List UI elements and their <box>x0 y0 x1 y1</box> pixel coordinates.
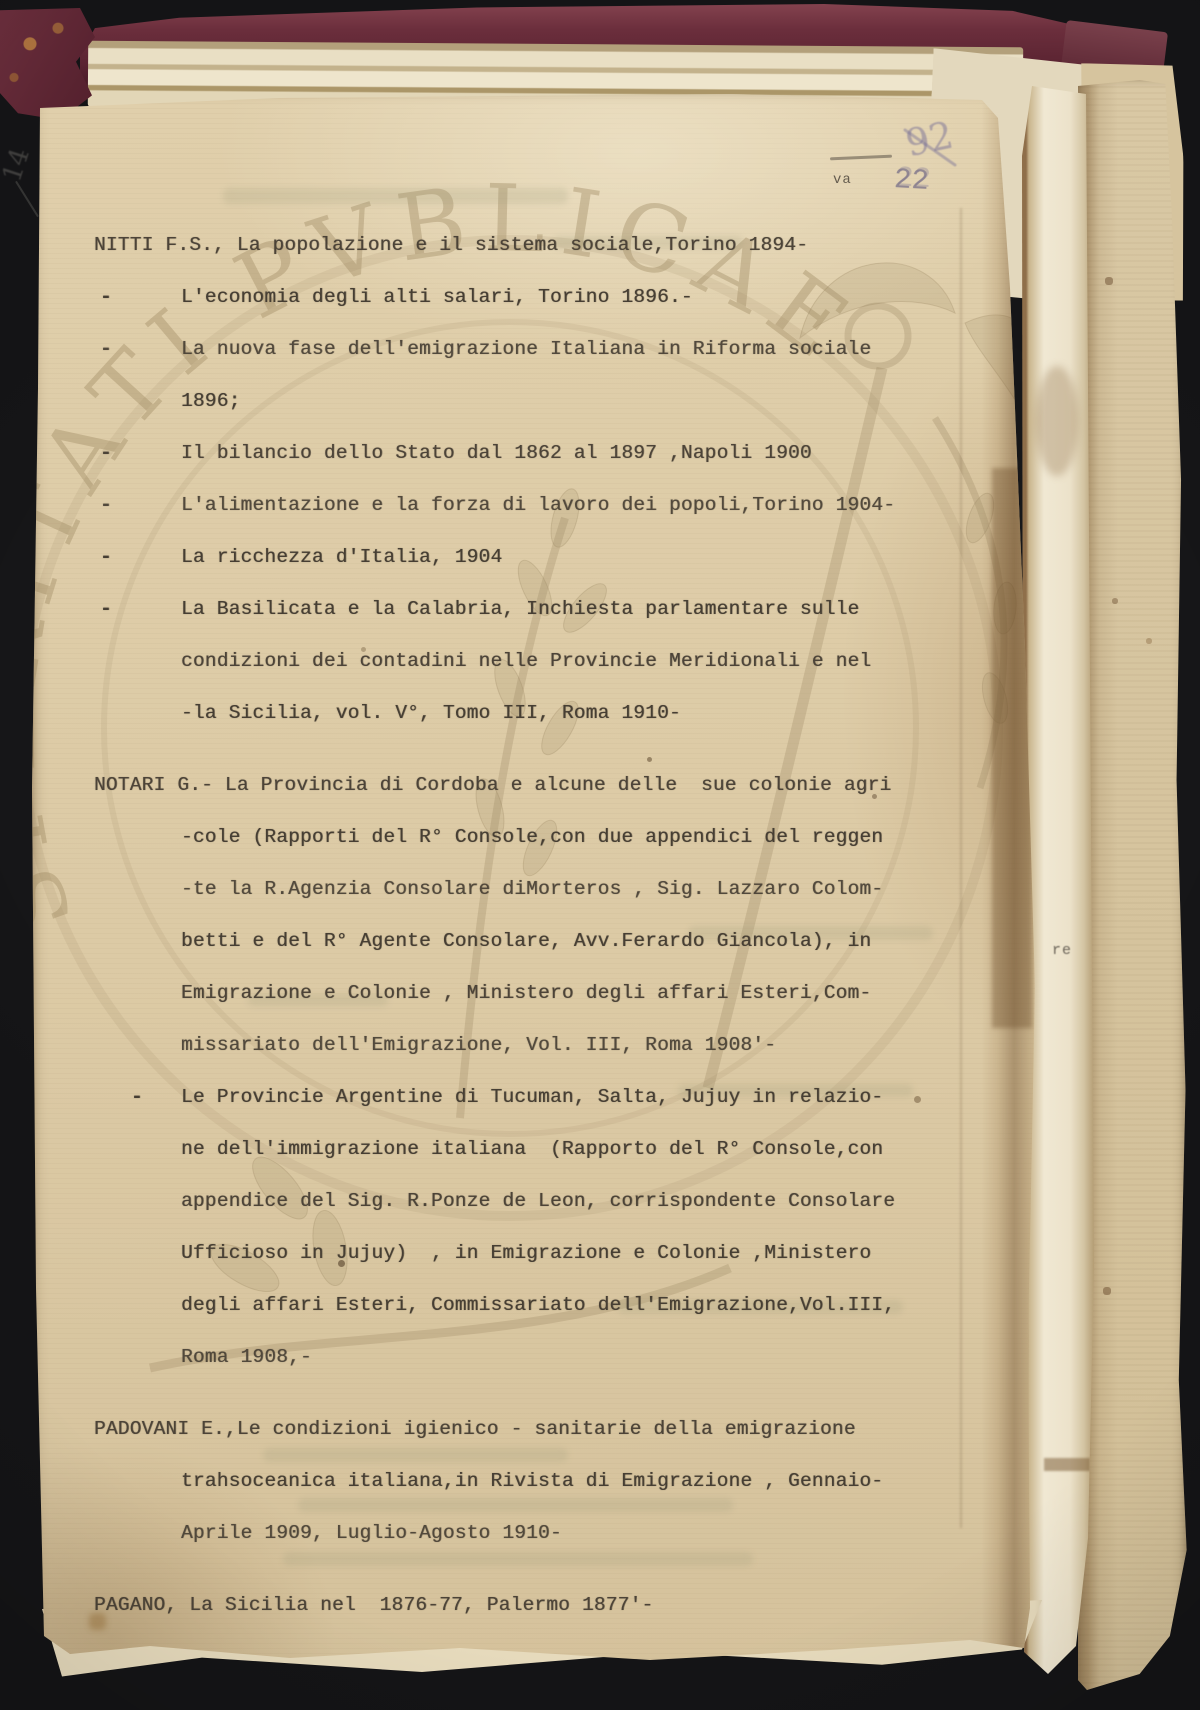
text-line: missariato dell'Emigrazione, Vol. III, R… <box>30 1034 1044 1086</box>
bleedthrough-text <box>223 188 568 204</box>
bibliography-entry: NITTI F.S., La popolazione e il sistema … <box>30 234 1044 754</box>
entry-line-text: L'economia degli alti salari, Torino 189… <box>181 286 693 308</box>
text-line: NOTARI G.- La Provincia di Cordoba e alc… <box>30 774 1044 826</box>
text-line: Aprile 1909, Luglio-Agosto 1910- <box>30 1522 1044 1574</box>
text-line: appendice del Sig. R.Ponze de Leon, corr… <box>30 1190 1044 1242</box>
entry-line-text: missariato dell'Emigrazione, Vol. III, R… <box>181 1034 776 1056</box>
entry-line-text: -cole (Rapporti del R° Console,con due a… <box>181 826 883 848</box>
text-line: degli affari Esteri, Commissariato dell'… <box>30 1294 1044 1346</box>
entry-line-text: Roma 1908,- <box>181 1346 312 1368</box>
side-page-white-edge: re <box>1022 86 1094 1678</box>
text-line: trahsoceanica italiana,in Rivista di Emi… <box>30 1470 1044 1522</box>
text-line: -La ricchezza d'Italia, 1904 <box>30 546 1044 598</box>
entry-line-text: Aprile 1909, Luglio-Agosto 1910- <box>181 1522 562 1544</box>
text-line: ne dell'immigrazione italiana (Rapporto … <box>30 1138 1044 1190</box>
entry-line-text: La Basilicata e la Calabria, Inchiesta p… <box>181 598 859 620</box>
entry-line-text: NOTARI G.- La Provincia di Cordoba e alc… <box>94 774 891 796</box>
text-line: PAGANO, La Sicilia nel 1876-77, Palermo … <box>30 1594 1044 1646</box>
entry-line-text: Ufficioso in Jujuy) , in Emigrazione e C… <box>181 1242 871 1264</box>
text-line: -La Basilicata e la Calabria, Inchiesta … <box>30 598 1044 650</box>
text-line: NITTI F.S., La popolazione e il sistema … <box>30 234 1044 286</box>
archival-photo-scene: re SPERITATI PVBLICAE <box>0 0 1200 1710</box>
text-line: -L'alimentazione e la forza di lavoro de… <box>30 494 1044 546</box>
text-line: -Il bilancio dello Stato dal 1862 al 189… <box>30 442 1044 494</box>
bibliography: NITTI F.S., La popolazione e il sistema … <box>30 234 1044 1646</box>
text-line: Ufficioso in Jujuy) , in Emigrazione e C… <box>30 1242 1044 1294</box>
entry-line-text: PAGANO, La Sicilia nel 1876-77, Palermo … <box>94 1594 653 1616</box>
entry-line-text: La ricchezza d'Italia, 1904 <box>181 546 502 568</box>
entry-line-text: La nuova fase dell'emigrazione Italiana … <box>181 338 871 360</box>
bibliography-entry: NOTARI G.- La Provincia di Cordoba e alc… <box>30 774 1044 1398</box>
entry-line-text: Emigrazione e Colonie , Ministero degli … <box>181 982 871 1004</box>
entry-line-text: -la Sicilia, vol. V°, Tomo III, Roma 191… <box>181 702 681 724</box>
entry-line-text: condizioni dei contadini nelle Provincie… <box>181 650 871 672</box>
entry-line-text: Le Provincie Argentine di Tucuman, Salta… <box>181 1086 883 1108</box>
entry-dash-marker: - <box>100 598 112 620</box>
header-rule-line <box>830 155 892 161</box>
entry-line-text: Il bilancio dello Stato dal 1862 al 1897… <box>181 442 812 464</box>
paper-fold-mark <box>1044 1458 1090 1471</box>
text-line: condizioni dei contadini nelle Provincie… <box>30 650 1044 702</box>
text-line: Emigrazione e Colonie , Ministero degli … <box>30 982 1044 1034</box>
entry-line-text: betti e del R° Agente Consolare, Avv.Fer… <box>181 930 871 952</box>
margin-pencil-mark: 14 <box>0 145 36 186</box>
pencil-page-number: 92 <box>902 114 957 166</box>
entry-line-text: PADOVANI E.,Le condizioni igienico - san… <box>94 1418 856 1440</box>
text-line: -te la R.Agenzia Consolare diMorteros , … <box>30 878 1044 930</box>
paper-stain <box>1036 366 1078 476</box>
entry-line-text: ne dell'immigrazione italiana (Rapporto … <box>181 1138 883 1160</box>
margin-pencil-tail <box>15 181 39 218</box>
side-page-edge <box>1078 80 1190 1698</box>
entry-dash-marker: - <box>100 338 112 360</box>
text-line: PADOVANI E.,Le condizioni igienico - san… <box>30 1418 1044 1470</box>
bibliography-entry: PADOVANI E.,Le condizioni igienico - san… <box>30 1418 1044 1574</box>
text-line: -Le Provincie Argentine di Tucuman, Salt… <box>30 1086 1044 1138</box>
entry-dash-marker: - <box>131 1086 143 1108</box>
entry-line-text: appendice del Sig. R.Ponze de Leon, corr… <box>181 1190 895 1212</box>
text-line: 1896; <box>30 390 1044 442</box>
text-line: betti e del R° Agente Consolare, Avv.Fer… <box>30 930 1044 982</box>
entry-line-text: L'alimentazione e la forza di lavoro dei… <box>181 494 895 516</box>
side-page-text-fragment: re <box>1052 942 1072 959</box>
entry-dash-marker: - <box>100 286 112 308</box>
text-line: -L'economia degli alti salari, Torino 18… <box>30 286 1044 338</box>
text-line: Roma 1908,- <box>30 1346 1044 1398</box>
text-line: -la Sicilia, vol. V°, Tomo III, Roma 191… <box>30 702 1044 754</box>
entry-line-text: degli affari Esteri, Commissariato dell'… <box>181 1294 895 1316</box>
entry-line-text: NITTI F.S., La popolazione e il sistema … <box>94 234 808 256</box>
entry-line-text: trahsoceanica italiana,in Rivista di Emi… <box>181 1470 883 1492</box>
entry-line-text: 1896; <box>181 390 241 412</box>
entry-dash-marker: - <box>100 494 112 516</box>
page-number: 22 <box>893 163 929 198</box>
entry-dash-marker: - <box>100 546 112 568</box>
entry-dash-marker: - <box>100 442 112 464</box>
bibliography-entry: PAGANO, La Sicilia nel 1876-77, Palermo … <box>30 1594 1044 1646</box>
text-line: -La nuova fase dell'emigrazione Italiana… <box>30 338 1044 390</box>
entry-line-text: -te la R.Agenzia Consolare diMorteros , … <box>181 878 883 900</box>
document-page: SPERITATI PVBLICAE <box>30 88 1044 1684</box>
text-line: -cole (Rapporti del R° Console,con due a… <box>30 826 1044 878</box>
typed-small-mark: va <box>833 172 852 188</box>
